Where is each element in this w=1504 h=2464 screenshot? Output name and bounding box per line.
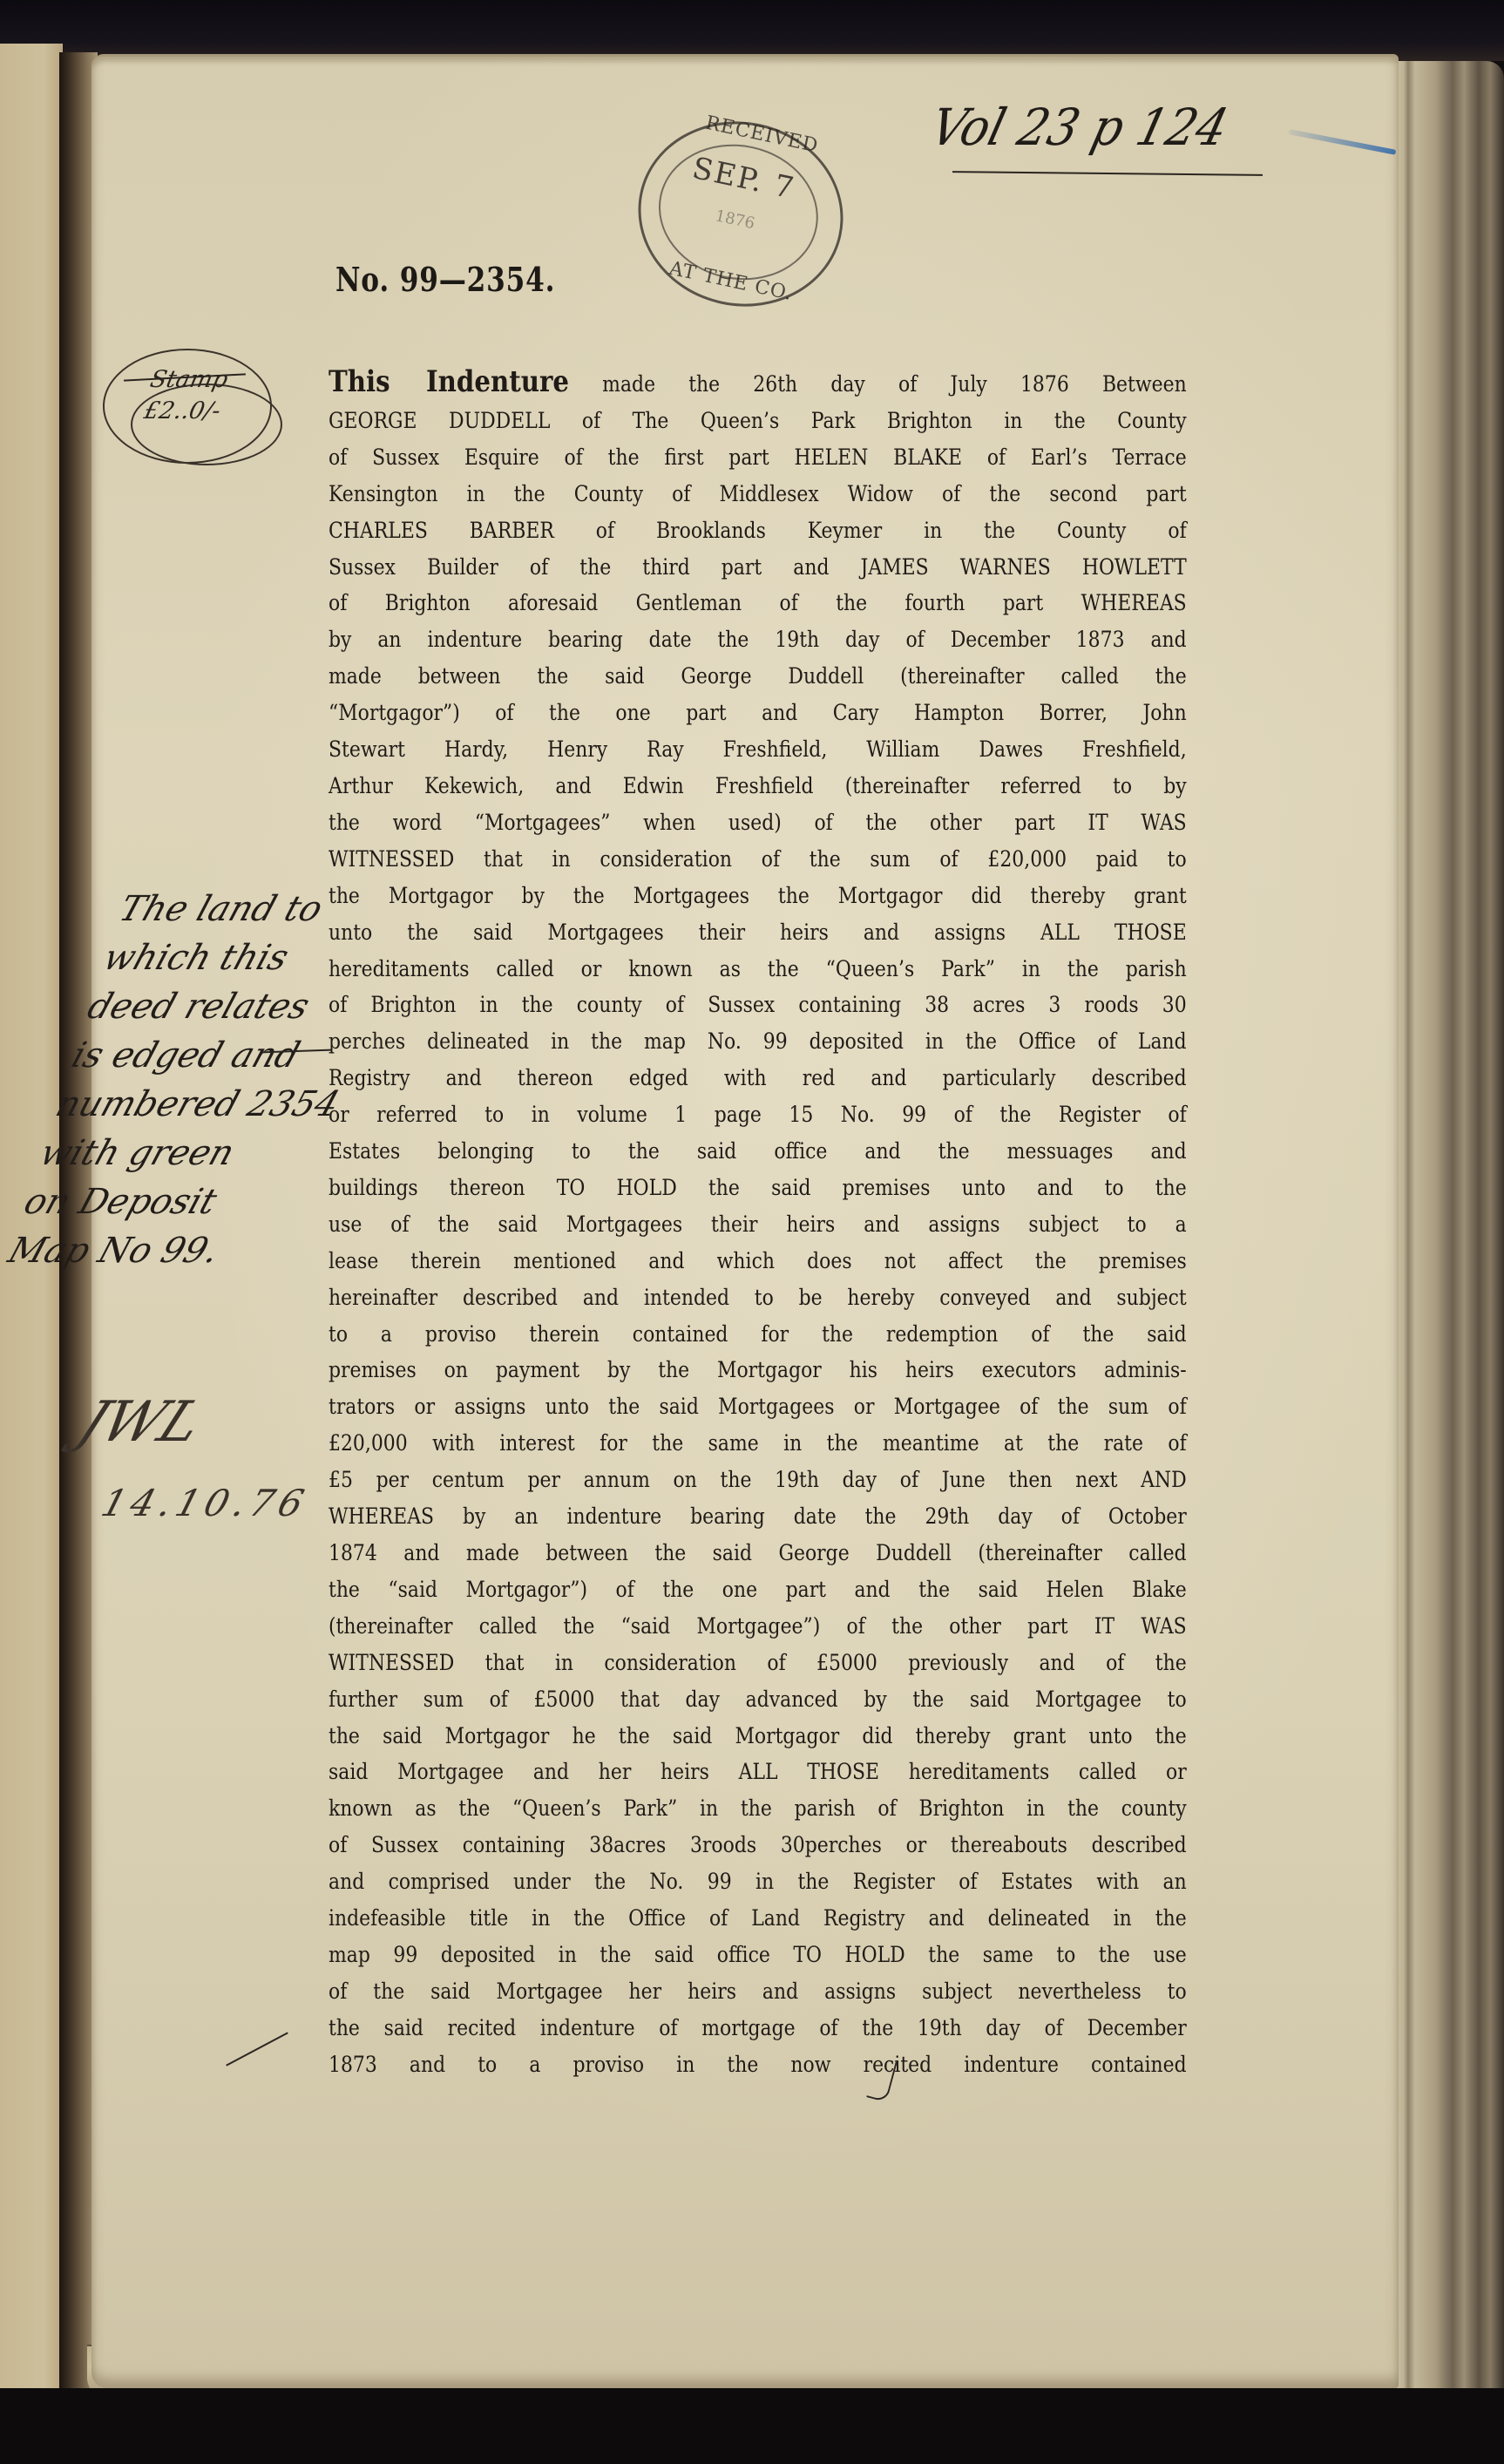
body-line: hereditaments called or known as the “Qu… — [329, 952, 1187, 988]
stamp-duty-label: Stamp — [120, 364, 258, 396]
body-line: Stewart Hardy, Henry Ray Freshfield, Wil… — [329, 732, 1187, 769]
body-line: lease therein mentioned and which does n… — [329, 1244, 1187, 1280]
volume-reference: Vol 23 p 124 — [925, 98, 1235, 157]
body-line: to a proviso therein contained for the r… — [329, 1317, 1187, 1354]
stamp-duty-note: Stamp £2..0/- — [113, 364, 257, 427]
body-line: the said Mortgagor he the said Mortgagor… — [329, 1719, 1187, 1755]
body-line: CHARLES BARBER of Brooklands Keymer in t… — [329, 513, 1187, 550]
body-line-last: 1873 and to a proviso in the now recited… — [329, 2047, 1187, 2084]
margin-note-line: deed relates — [81, 982, 358, 1031]
body-line: of the said Mortgagee her heirs and assi… — [329, 1974, 1187, 2011]
body-line: said Mortgagee and her heirs ALL THOSE h… — [329, 1755, 1187, 1791]
body-line: the word “Mortgagees” when used) of the … — [329, 805, 1187, 842]
body-line: Sussex Builder of the third part and JAM… — [329, 550, 1187, 587]
body-line: the said recited indenture of mortgage o… — [329, 2011, 1187, 2047]
margin-note-line: on Deposit — [17, 1178, 295, 1226]
stamp-duty-amount: £2..0/- — [113, 396, 251, 427]
body-line: or referred to in volume 1 page 15 No. 9… — [329, 1097, 1187, 1134]
body-line: buildings thereon TO HOLD the said premi… — [329, 1171, 1187, 1207]
body-line: of Brighton in the county of Sussex cont… — [329, 988, 1187, 1024]
page-stack-edge — [1390, 61, 1504, 2388]
body-line: made between the said George Duddell (th… — [329, 659, 1187, 696]
body-line: the Mortgagor by the Mortgagees the Mort… — [329, 879, 1187, 915]
body-line: “Mortgagor”) of the one part and Cary Ha… — [329, 696, 1187, 732]
body-line: of Sussex containing 38acres 3roods 30pe… — [329, 1828, 1187, 1864]
body-line: premises on payment by the Mortgagor his… — [329, 1353, 1187, 1389]
indenture-heading: This Indenture — [329, 364, 569, 399]
body-line: GEORGE DUDDELL of The Queen’s Park Brigh… — [329, 404, 1187, 440]
body-line: hereinafter described and intended to be… — [329, 1280, 1187, 1317]
body-line: and comprised under the No. 99 in the Re… — [329, 1864, 1187, 1901]
body-line: perches delineated in the map No. 99 dep… — [329, 1024, 1187, 1061]
margin-note-line: numbered 2354 — [50, 1080, 327, 1129]
body-line: Arthur Kekewich, and Edwin Freshfield (t… — [329, 769, 1187, 805]
body-line: indefeasible title in the Office of Land… — [329, 1901, 1187, 1938]
book-cover-bottom — [0, 2388, 1504, 2464]
book-cover-top — [0, 0, 1504, 61]
body-line: map 99 deposited in the said office TO H… — [329, 1938, 1187, 1974]
body-line: the “said Mortgagor”) of the one part an… — [329, 1572, 1187, 1609]
margin-note-line: Map No 99. — [2, 1226, 279, 1275]
body-line: WHEREAS by an indenture bearing date the… — [329, 1499, 1187, 1536]
body-line: unto the said Mortgagees their heirs and… — [329, 915, 1187, 952]
body-line-text: made the 26th day of July 1876 Between — [602, 371, 1187, 397]
body-line: £5 per centum per annum on the 19th day … — [329, 1463, 1187, 1499]
body-line: Kensington in the County of Middlesex Wi… — [329, 477, 1187, 513]
margin-note-line: The land to — [113, 885, 390, 933]
body-line: of Sussex Esquire of the first part HELE… — [329, 440, 1187, 477]
margin-note-line: with green — [34, 1129, 311, 1178]
margin-note-line: is edged and — [65, 1031, 342, 1080]
reference-number: No. 99—2354. — [335, 260, 555, 299]
body-line: (thereinafter called the “said Mortgagee… — [329, 1609, 1187, 1646]
body-line: Estates belonging to the said office and… — [329, 1134, 1187, 1171]
body-line: further sum of £5000 that day advanced b… — [329, 1682, 1187, 1719]
body-line: £20,000 with interest for the same in th… — [329, 1426, 1187, 1463]
body-line: Registry and thereon edged with red and … — [329, 1061, 1187, 1097]
handwritten-date: 14.10.76 — [97, 1482, 314, 1524]
body-line: 1874 and made between the said George Du… — [329, 1536, 1187, 1572]
margin-note-line: which this — [97, 933, 374, 982]
body-line: use of the said Mortgagees their heirs a… — [329, 1207, 1187, 1244]
indenture-body: This Indenture made the 26th day of July… — [329, 364, 1187, 2084]
body-line: trators or assigns unto the said Mortgag… — [329, 1389, 1187, 1426]
body-line: known as the “Queen’s Park” in the paris… — [329, 1791, 1187, 1828]
body-line: by an indenture bearing date the 19th da… — [329, 622, 1187, 659]
body-line-1: This Indenture made the 26th day of July… — [329, 364, 1187, 404]
body-line: WITNESSED that in consideration of the s… — [329, 842, 1187, 879]
body-line: of Brighton aforesaid Gentleman of the f… — [329, 586, 1187, 622]
body-line: WITNESSED that in consideration of £5000… — [329, 1646, 1187, 1682]
